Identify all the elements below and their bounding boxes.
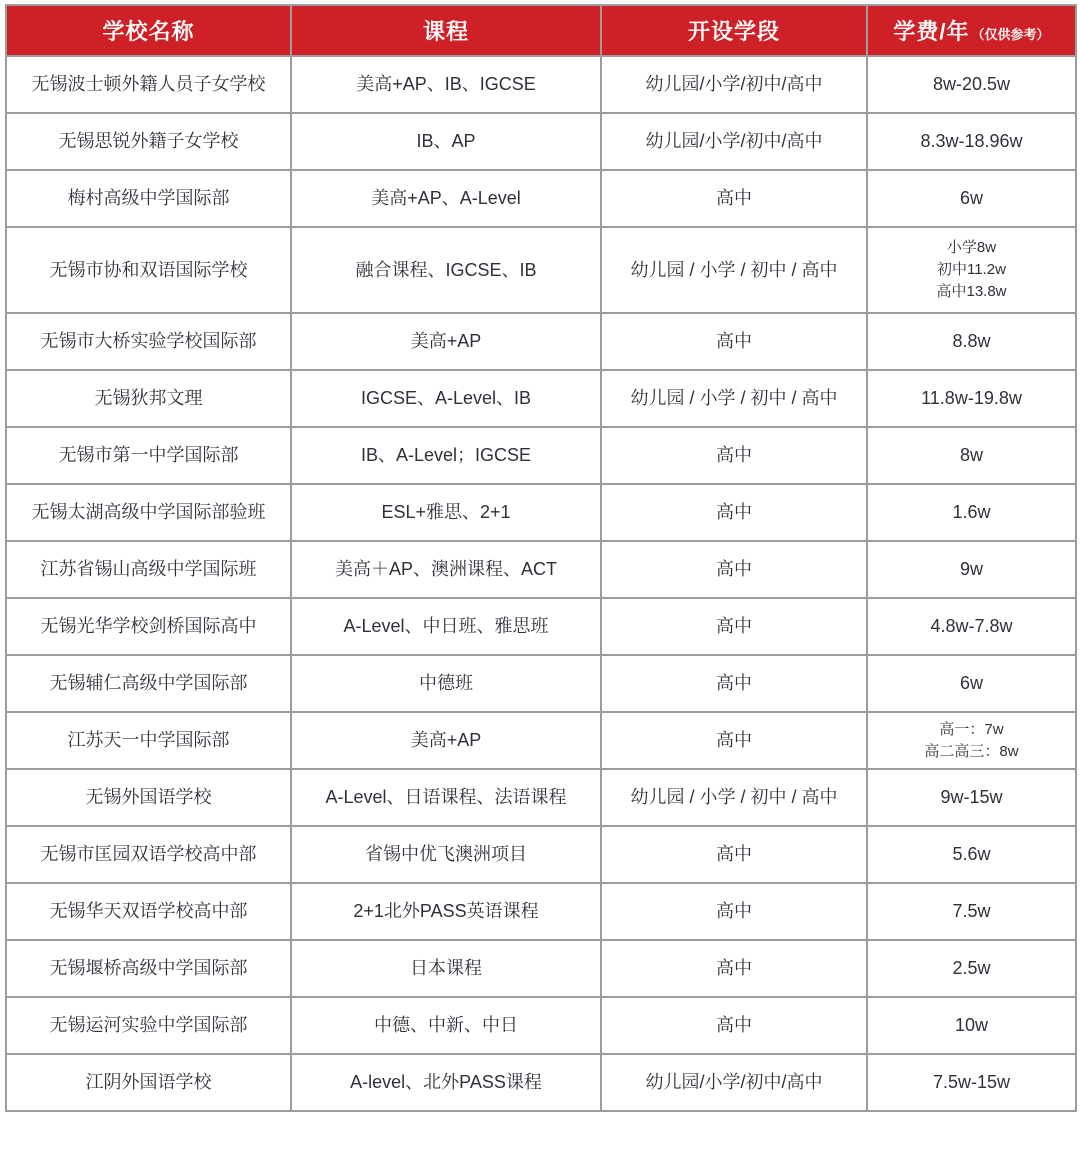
- table-row: 无锡外国语学校A-Level、日语课程、法语课程幼儿园 / 小学 / 初中 / …: [6, 769, 1076, 826]
- school-name-cell: 无锡市大桥实验学校国际部: [6, 313, 291, 370]
- table-row: 无锡思锐外籍子女学校IB、AP幼儿园/小学/初中/高中8.3w-18.96w: [6, 113, 1076, 170]
- courses-cell: 美高+AP、A-Level: [291, 170, 601, 227]
- tuition-cell: 高一：7w高二高三：8w: [867, 712, 1076, 769]
- table-row: 无锡市协和双语国际学校融合课程、IGCSE、IB幼儿园 / 小学 / 初中 / …: [6, 227, 1076, 313]
- school-name-cell: 无锡思锐外籍子女学校: [6, 113, 291, 170]
- tuition-cell: 11.8w-19.8w: [867, 370, 1076, 427]
- courses-cell: 中德、中新、中日: [291, 997, 601, 1054]
- header-grade-levels: 开设学段: [601, 5, 867, 56]
- table-row: 无锡狄邦文理IGCSE、A-Level、IB幼儿园 / 小学 / 初中 / 高中…: [6, 370, 1076, 427]
- header-tuition-note: （仅供参考）: [972, 27, 1050, 42]
- grade-levels-cell: 幼儿园 / 小学 / 初中 / 高中: [601, 370, 867, 427]
- grade-levels-cell: 高中: [601, 170, 867, 227]
- tuition-line: 小学8w: [874, 237, 1069, 259]
- table-row: 无锡华天双语学校高中部2+1北外PASS英语课程高中7.5w: [6, 883, 1076, 940]
- school-name-cell: 梅村高级中学国际部: [6, 170, 291, 227]
- courses-cell: A-Level、日语课程、法语课程: [291, 769, 601, 826]
- grade-levels-cell: 幼儿园/小学/初中/高中: [601, 1054, 867, 1111]
- tuition-line: 高二高三：8w: [874, 741, 1069, 763]
- tuition-cell: 小学8w初中11.2w高中13.8w: [867, 227, 1076, 313]
- grade-levels-cell: 高中: [601, 313, 867, 370]
- tuition-cell: 6w: [867, 170, 1076, 227]
- courses-cell: 省锡中优飞澳洲项目: [291, 826, 601, 883]
- table-row: 无锡波士顿外籍人员子女学校美高+AP、IB、IGCSE幼儿园/小学/初中/高中8…: [6, 56, 1076, 113]
- grade-levels-cell: 高中: [601, 541, 867, 598]
- school-name-cell: 无锡光华学校剑桥国际高中: [6, 598, 291, 655]
- tuition-line: 初中11.2w: [874, 259, 1069, 281]
- table-row: 无锡堰桥高级中学国际部日本课程高中2.5w: [6, 940, 1076, 997]
- tuition-cell: 1.6w: [867, 484, 1076, 541]
- tuition-cell: 8w: [867, 427, 1076, 484]
- tuition-cell: 9w: [867, 541, 1076, 598]
- header-courses: 课程: [291, 5, 601, 56]
- school-name-cell: 无锡波士顿外籍人员子女学校: [6, 56, 291, 113]
- courses-cell: 融合课程、IGCSE、IB: [291, 227, 601, 313]
- grade-levels-cell: 高中: [601, 598, 867, 655]
- courses-cell: 美高+AP、IB、IGCSE: [291, 56, 601, 113]
- courses-cell: IB、AP: [291, 113, 601, 170]
- tuition-line: 高一：7w: [874, 719, 1069, 741]
- school-name-cell: 无锡堰桥高级中学国际部: [6, 940, 291, 997]
- header-tuition: 学费/年（仅供参考）: [867, 5, 1076, 56]
- grade-levels-cell: 幼儿园 / 小学 / 初中 / 高中: [601, 769, 867, 826]
- grade-levels-cell: 幼儿园/小学/初中/高中: [601, 56, 867, 113]
- tuition-cell: 9w-15w: [867, 769, 1076, 826]
- header-row: 学校名称 课程 开设学段 学费/年（仅供参考）: [6, 5, 1076, 56]
- table-row: 江苏省锡山高级中学国际班美高＋AP、澳洲课程、ACT高中9w: [6, 541, 1076, 598]
- table-row: 无锡市第一中学国际部IB、A-Level；IGCSE高中8w: [6, 427, 1076, 484]
- tuition-cell: 7.5w: [867, 883, 1076, 940]
- grade-levels-cell: 高中: [601, 826, 867, 883]
- grade-levels-cell: 高中: [601, 883, 867, 940]
- grade-levels-cell: 高中: [601, 712, 867, 769]
- table-body: 无锡波士顿外籍人员子女学校美高+AP、IB、IGCSE幼儿园/小学/初中/高中8…: [6, 56, 1076, 1111]
- tuition-cell: 5.6w: [867, 826, 1076, 883]
- courses-cell: 美高＋AP、澳洲课程、ACT: [291, 541, 601, 598]
- school-name-cell: 无锡外国语学校: [6, 769, 291, 826]
- grade-levels-cell: 幼儿园/小学/初中/高中: [601, 113, 867, 170]
- courses-cell: 中德班: [291, 655, 601, 712]
- courses-cell: A-Level、中日班、雅思班: [291, 598, 601, 655]
- tuition-cell: 8w-20.5w: [867, 56, 1076, 113]
- schools-table: 学校名称 课程 开设学段 学费/年（仅供参考） 无锡波士顿外籍人员子女学校美高+…: [5, 4, 1077, 1112]
- school-name-cell: 江阴外国语学校: [6, 1054, 291, 1111]
- table-row: 江苏天一中学国际部美高+AP高中高一：7w高二高三：8w: [6, 712, 1076, 769]
- courses-cell: ESL+雅思、2+1: [291, 484, 601, 541]
- tuition-cell: 6w: [867, 655, 1076, 712]
- courses-cell: IGCSE、A-Level、IB: [291, 370, 601, 427]
- tuition-cell: 2.5w: [867, 940, 1076, 997]
- school-name-cell: 无锡市第一中学国际部: [6, 427, 291, 484]
- table-row: 无锡市大桥实验学校国际部美高+AP高中8.8w: [6, 313, 1076, 370]
- tuition-cell: 8.8w: [867, 313, 1076, 370]
- courses-cell: IB、A-Level；IGCSE: [291, 427, 601, 484]
- school-name-cell: 无锡太湖高级中学国际部验班: [6, 484, 291, 541]
- header-school-name: 学校名称: [6, 5, 291, 56]
- school-name-cell: 无锡市匡园双语学校高中部: [6, 826, 291, 883]
- courses-cell: 美高+AP: [291, 712, 601, 769]
- courses-cell: 美高+AP: [291, 313, 601, 370]
- schools-tuition-page: 学校名称 课程 开设学段 学费/年（仅供参考） 无锡波士顿外籍人员子女学校美高+…: [0, 0, 1080, 1161]
- table-row: 无锡辅仁高级中学国际部中德班高中6w: [6, 655, 1076, 712]
- courses-cell: 2+1北外PASS英语课程: [291, 883, 601, 940]
- grade-levels-cell: 高中: [601, 484, 867, 541]
- school-name-cell: 无锡运河实验中学国际部: [6, 997, 291, 1054]
- school-name-cell: 江苏天一中学国际部: [6, 712, 291, 769]
- tuition-line: 高中13.8w: [874, 281, 1069, 303]
- school-name-cell: 无锡市协和双语国际学校: [6, 227, 291, 313]
- tuition-cell: 7.5w-15w: [867, 1054, 1076, 1111]
- grade-levels-cell: 幼儿园 / 小学 / 初中 / 高中: [601, 227, 867, 313]
- grade-levels-cell: 高中: [601, 940, 867, 997]
- courses-cell: A-level、北外PASS课程: [291, 1054, 601, 1111]
- header-school-name-label: 学校名称: [102, 19, 194, 44]
- header-grade-levels-label: 开设学段: [688, 19, 780, 44]
- table-row: 梅村高级中学国际部美高+AP、A-Level高中6w: [6, 170, 1076, 227]
- school-name-cell: 无锡辅仁高级中学国际部: [6, 655, 291, 712]
- school-name-cell: 无锡狄邦文理: [6, 370, 291, 427]
- tuition-cell: 4.8w-7.8w: [867, 598, 1076, 655]
- header-tuition-label: 学费/年: [893, 19, 969, 44]
- table-row: 无锡市匡园双语学校高中部省锡中优飞澳洲项目高中5.6w: [6, 826, 1076, 883]
- table-row: 无锡运河实验中学国际部中德、中新、中日高中10w: [6, 997, 1076, 1054]
- school-name-cell: 江苏省锡山高级中学国际班: [6, 541, 291, 598]
- grade-levels-cell: 高中: [601, 427, 867, 484]
- tuition-cell: 8.3w-18.96w: [867, 113, 1076, 170]
- school-name-cell: 无锡华天双语学校高中部: [6, 883, 291, 940]
- tuition-cell: 10w: [867, 997, 1076, 1054]
- table-row: 无锡光华学校剑桥国际高中A-Level、中日班、雅思班高中4.8w-7.8w: [6, 598, 1076, 655]
- header-courses-label: 课程: [423, 19, 469, 44]
- grade-levels-cell: 高中: [601, 655, 867, 712]
- table-row: 无锡太湖高级中学国际部验班ESL+雅思、2+1高中1.6w: [6, 484, 1076, 541]
- grade-levels-cell: 高中: [601, 997, 867, 1054]
- table-row: 江阴外国语学校A-level、北外PASS课程幼儿园/小学/初中/高中7.5w-…: [6, 1054, 1076, 1111]
- courses-cell: 日本课程: [291, 940, 601, 997]
